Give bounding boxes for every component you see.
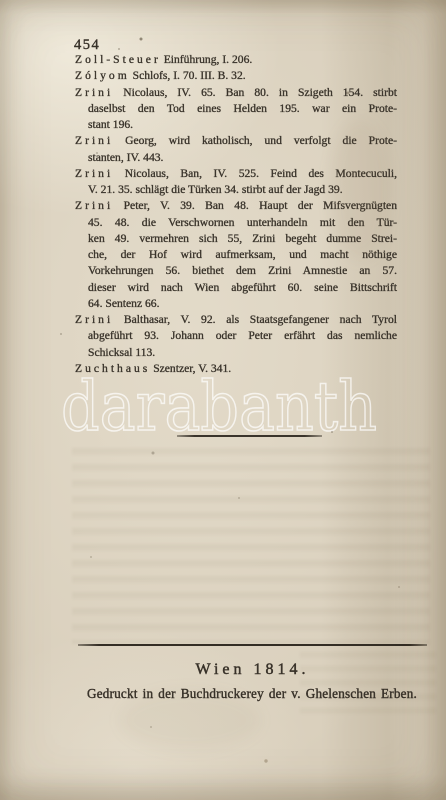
imprint-printer-line: Gedruckt in der Buchdruckerey der v. Ghe… — [76, 686, 428, 702]
index-entry-line: daselbst den Tod eines Helden 195. war e… — [75, 101, 397, 117]
watermark: darabanth — [58, 366, 392, 451]
scanned-book-page: 454 Zoll-Steuer Einführung, I. 206.Zólyo… — [0, 0, 446, 800]
index-entry-line: Vorkehrungen 56. biethet dem Zrini Amnes… — [75, 263, 397, 279]
imprint-city-year: Wien 1814. — [78, 661, 427, 679]
paper-specks — [0, 0, 2, 2]
entry-headword: Zrini — [75, 134, 113, 147]
index-entry-line: Zrini Nicolaus, IV. 65. Ban 80. in Szige… — [75, 85, 397, 101]
index-entry-line: dieser wird nach Wien abgeführt 60. sein… — [75, 280, 397, 296]
entry-headword: Zrini — [75, 167, 113, 180]
paper-stain — [330, 120, 390, 260]
index-entry-line: Zrini Balthasar, V. 92. als Staatsgefang… — [75, 312, 397, 328]
index-entry-line: Zólyom Schlofs, I. 70. III. B. 32. — [75, 68, 397, 84]
entry-headword: Zrini — [75, 313, 113, 326]
entry-headword: Zrini — [75, 86, 113, 99]
index-entry-line: Zoll-Steuer Einführung, I. 206. — [75, 52, 397, 68]
section-divider-rule — [177, 435, 322, 437]
entry-headword: Zólyom — [75, 69, 130, 82]
watermark-svg: darabanth — [58, 366, 392, 446]
index-entry-line: abgeführt 93. Johann oder Peter erfährt … — [75, 328, 397, 344]
index-entry: Zoll-Steuer Einführung, I. 206. — [75, 52, 397, 68]
entry-headword: Zrini — [75, 199, 113, 212]
index-entry: Zrini Balthasar, V. 92. als Staatsgefang… — [75, 312, 397, 361]
index-entry-line: 64. Sentenz 66. — [75, 296, 397, 312]
index-entry: Zólyom Schlofs, I. 70. III. B. 32. — [75, 68, 397, 84]
imprint-rule — [78, 644, 427, 646]
index-entry-line: Schicksal 113. — [75, 345, 397, 361]
page-showthrough-texture — [72, 448, 430, 644]
entry-headword: Zoll-Steuer — [75, 53, 161, 66]
